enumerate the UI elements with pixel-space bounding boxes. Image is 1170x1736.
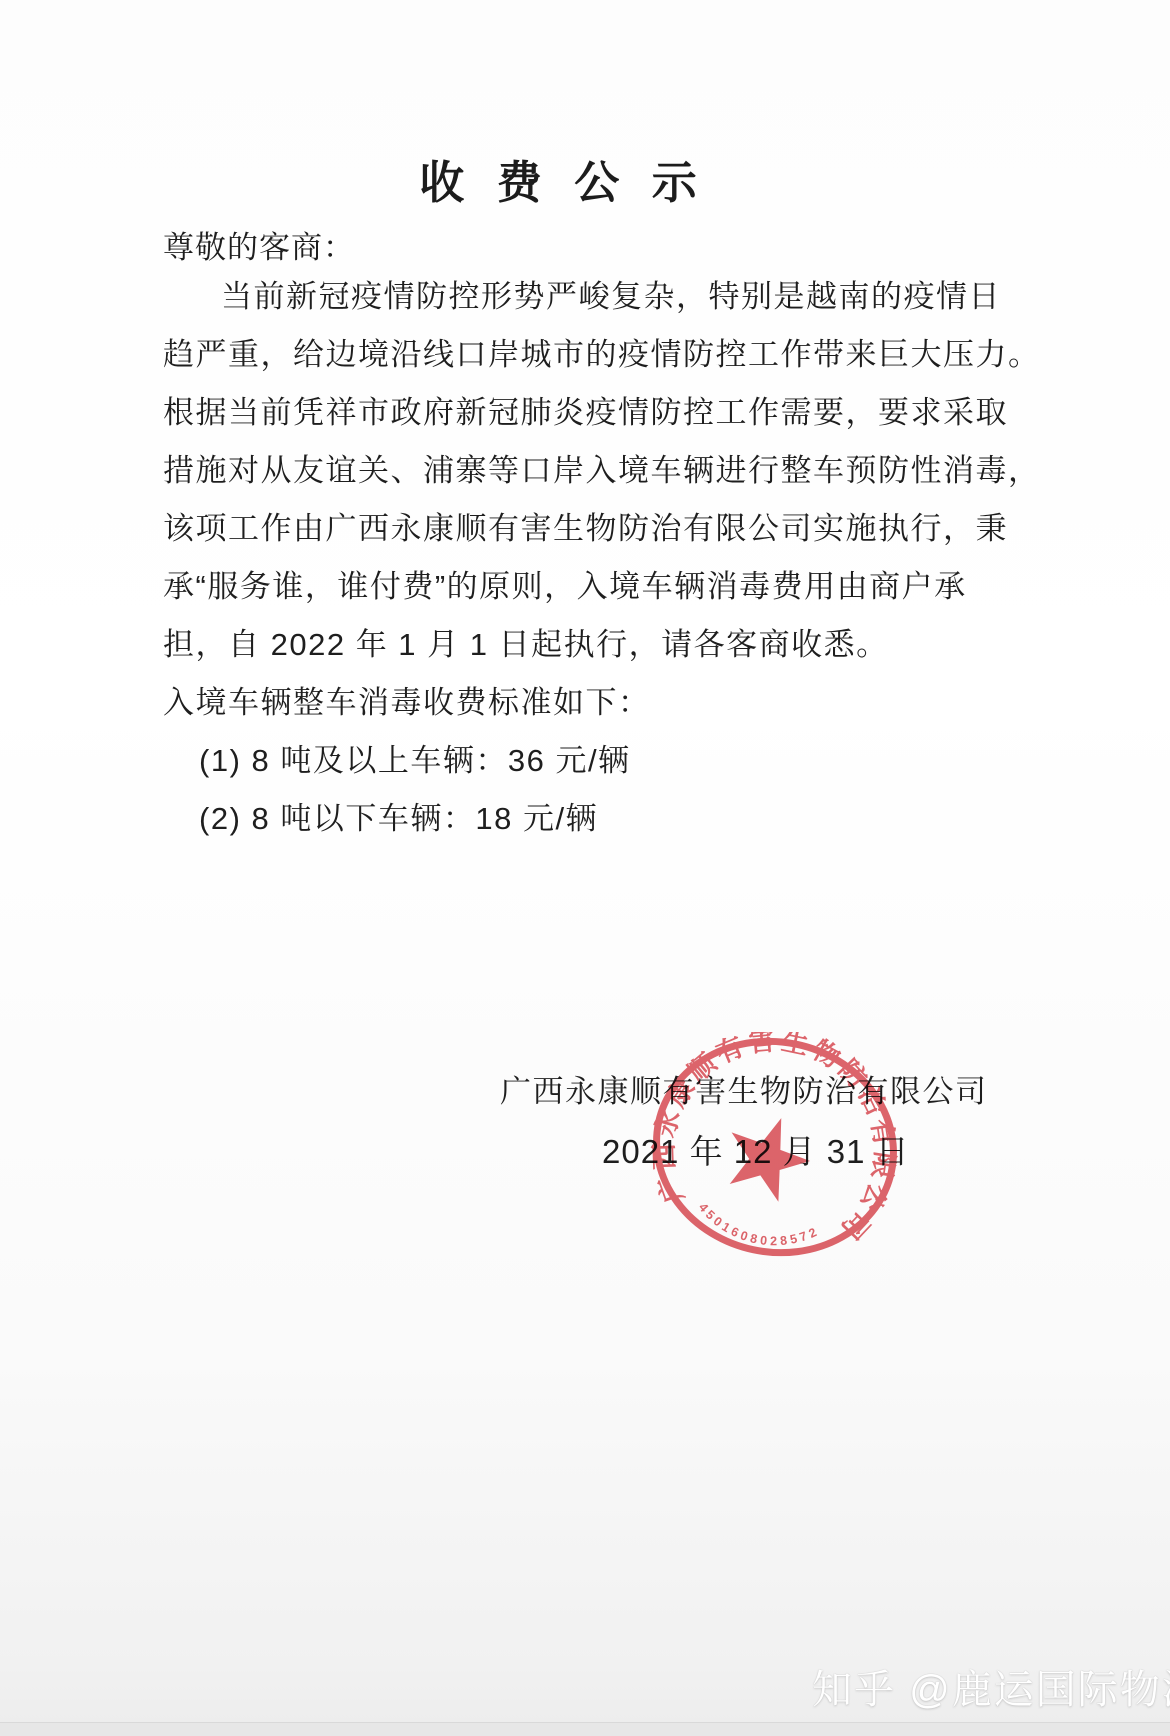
fee-item: (1) 8 吨及以上车辆：36 元/辆 <box>163 732 993 790</box>
bottom-strip <box>0 1722 1170 1736</box>
body-line: 当前新冠疫情防控形势严峻复杂，特别是越南的疫情日 <box>163 268 993 326</box>
body-line: 入境车辆整车消毒收费标准如下： <box>163 674 993 732</box>
scanned-notice-page: 收 费 公 示 尊敬的客商： 当前新冠疫情防控形势严峻复杂，特别是越南的疫情日 … <box>0 0 1170 1736</box>
body-line: 根据当前凭祥市政府新冠肺炎疫情防控工作需要，要求采取 <box>163 384 993 442</box>
body-line: 承“服务谁，谁付费”的原则，入境车辆消毒费用由商户承 <box>163 558 993 616</box>
body-line: 担，自 2022 年 1 月 1 日起执行，请各客商收悉。 <box>163 616 993 674</box>
document-title: 收 费 公 示 <box>0 146 1148 211</box>
stamp-star-icon <box>715 1104 821 1207</box>
fee-item: (2) 8 吨以下车辆：18 元/辆 <box>163 790 993 848</box>
company-stamp: 广西永康顺有害生物防治有限公司 4501608028572 <box>645 1032 905 1262</box>
salutation: 尊敬的客商： <box>163 222 355 267</box>
notice-body: 当前新冠疫情防控形势严峻复杂，特别是越南的疫情日 趋严重，给边境沿线口岸城市的疫… <box>163 268 993 848</box>
body-line: 趋严重，给边境沿线口岸城市的疫情防控工作带来巨大压力。 <box>163 326 993 384</box>
body-line: 该项工作由广西永康顺有害生物防治有限公司实施执行，秉 <box>163 500 993 558</box>
watermark: 知乎 @鹿运国际物流 <box>812 1658 1170 1715</box>
body-line: 措施对从友谊关、浦寨等口岸入境车辆进行整车预防性消毒， <box>163 442 993 500</box>
